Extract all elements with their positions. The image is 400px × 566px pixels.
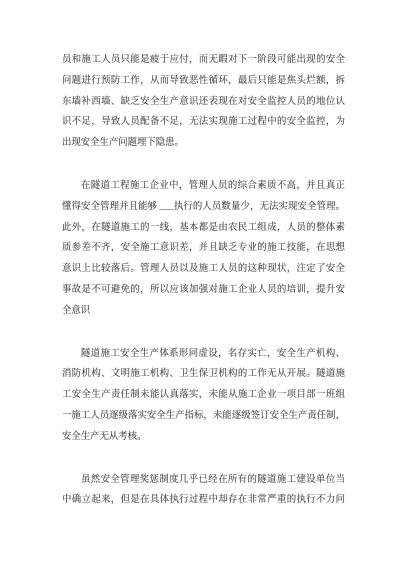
text-line: 工安全生产责任制未能认真落实，未能从施工企业一项目部一班组 [62,385,345,406]
text-line: 懂得安全管理并且能够 ___执行的人员数量少，无法实现安全管理。 [62,197,345,218]
text-line: 识不足，导致人员配备不足，无法实现施工过程中的安全监控，为 [62,112,345,133]
text-line: 一施工人员逐级落实安全生产指标，未能逐级签订安全生产责任制， [62,406,345,427]
text-line: 此外，在隧道施工的一线，基本都是由农民工组成，人员的整体素 [62,218,345,239]
paragraph: 隧道施工安全生产体系形同虚设，名存实亡，安全生产机构、消防机构、文明施工机构、卫… [62,344,345,448]
text-block: 员和施工人员只能是疲于应付，而无暇对下一阶段可能出现的安全问题进行预防工作，从而… [62,50,345,533]
text-line: 事故是不可避免的，所以应该加强对施工企业人员的培训，提升安 [62,280,345,301]
paragraph: 员和施工人员只能是疲于应付，而无暇对下一阶段可能出现的安全问题进行预防工作，从而… [62,50,345,154]
text-line: 消防机构、文明施工机构、卫生保卫机构的工作无从开展。隧道施 [62,364,345,385]
text-line: 隧道施工安全生产体系形同虚设，名存实亡，安全生产机构、 [62,344,345,365]
text-line: 全意识 [62,301,345,322]
paragraph: 在隧道工程施工企业中，管理人员的综合素质不高，并且真正懂得安全管理并且能够 __… [62,176,345,322]
paragraph: 虽然安全管理奖惩制度几乎已经在所有的隧道施工建设单位当中确立起来，但是在具体执行… [62,470,345,512]
text-line: 虽然安全管理奖惩制度几乎已经在所有的隧道施工建设单位当 [62,470,345,491]
text-line: 在隧道工程施工企业中，管理人员的综合素质不高，并且真正 [62,176,345,197]
text-line: 意识上比较落后。管理人员以及施工人员的这种现状，注定了安全 [62,259,345,280]
text-line: 员和施工人员只能是疲于应付，而无暇对下一阶段可能出现的安全 [62,50,345,71]
text-line: 质参差不齐，安全施工意识差，并且缺乏专业的施工技能，在思想 [62,238,345,259]
text-line: 出现安全生产问题埋下隐患。 [62,133,345,154]
text-line: 东墙补西墙、缺乏安全生产意识还表现在对安全监控人员的地位认 [62,92,345,113]
text-line: 中确立起来，但是在具体执行过程中却存在非常严重的执行不力问 [62,490,345,511]
text-line: 问题进行预防工作，从而导致恶性循环，最后只能是焦头烂额，拆 [62,71,345,92]
text-line: 安全生产无从考核。 [62,427,345,448]
document-page: 员和施工人员只能是疲于应付，而无暇对下一阶段可能出现的安全问题进行预防工作，从而… [0,0,400,566]
